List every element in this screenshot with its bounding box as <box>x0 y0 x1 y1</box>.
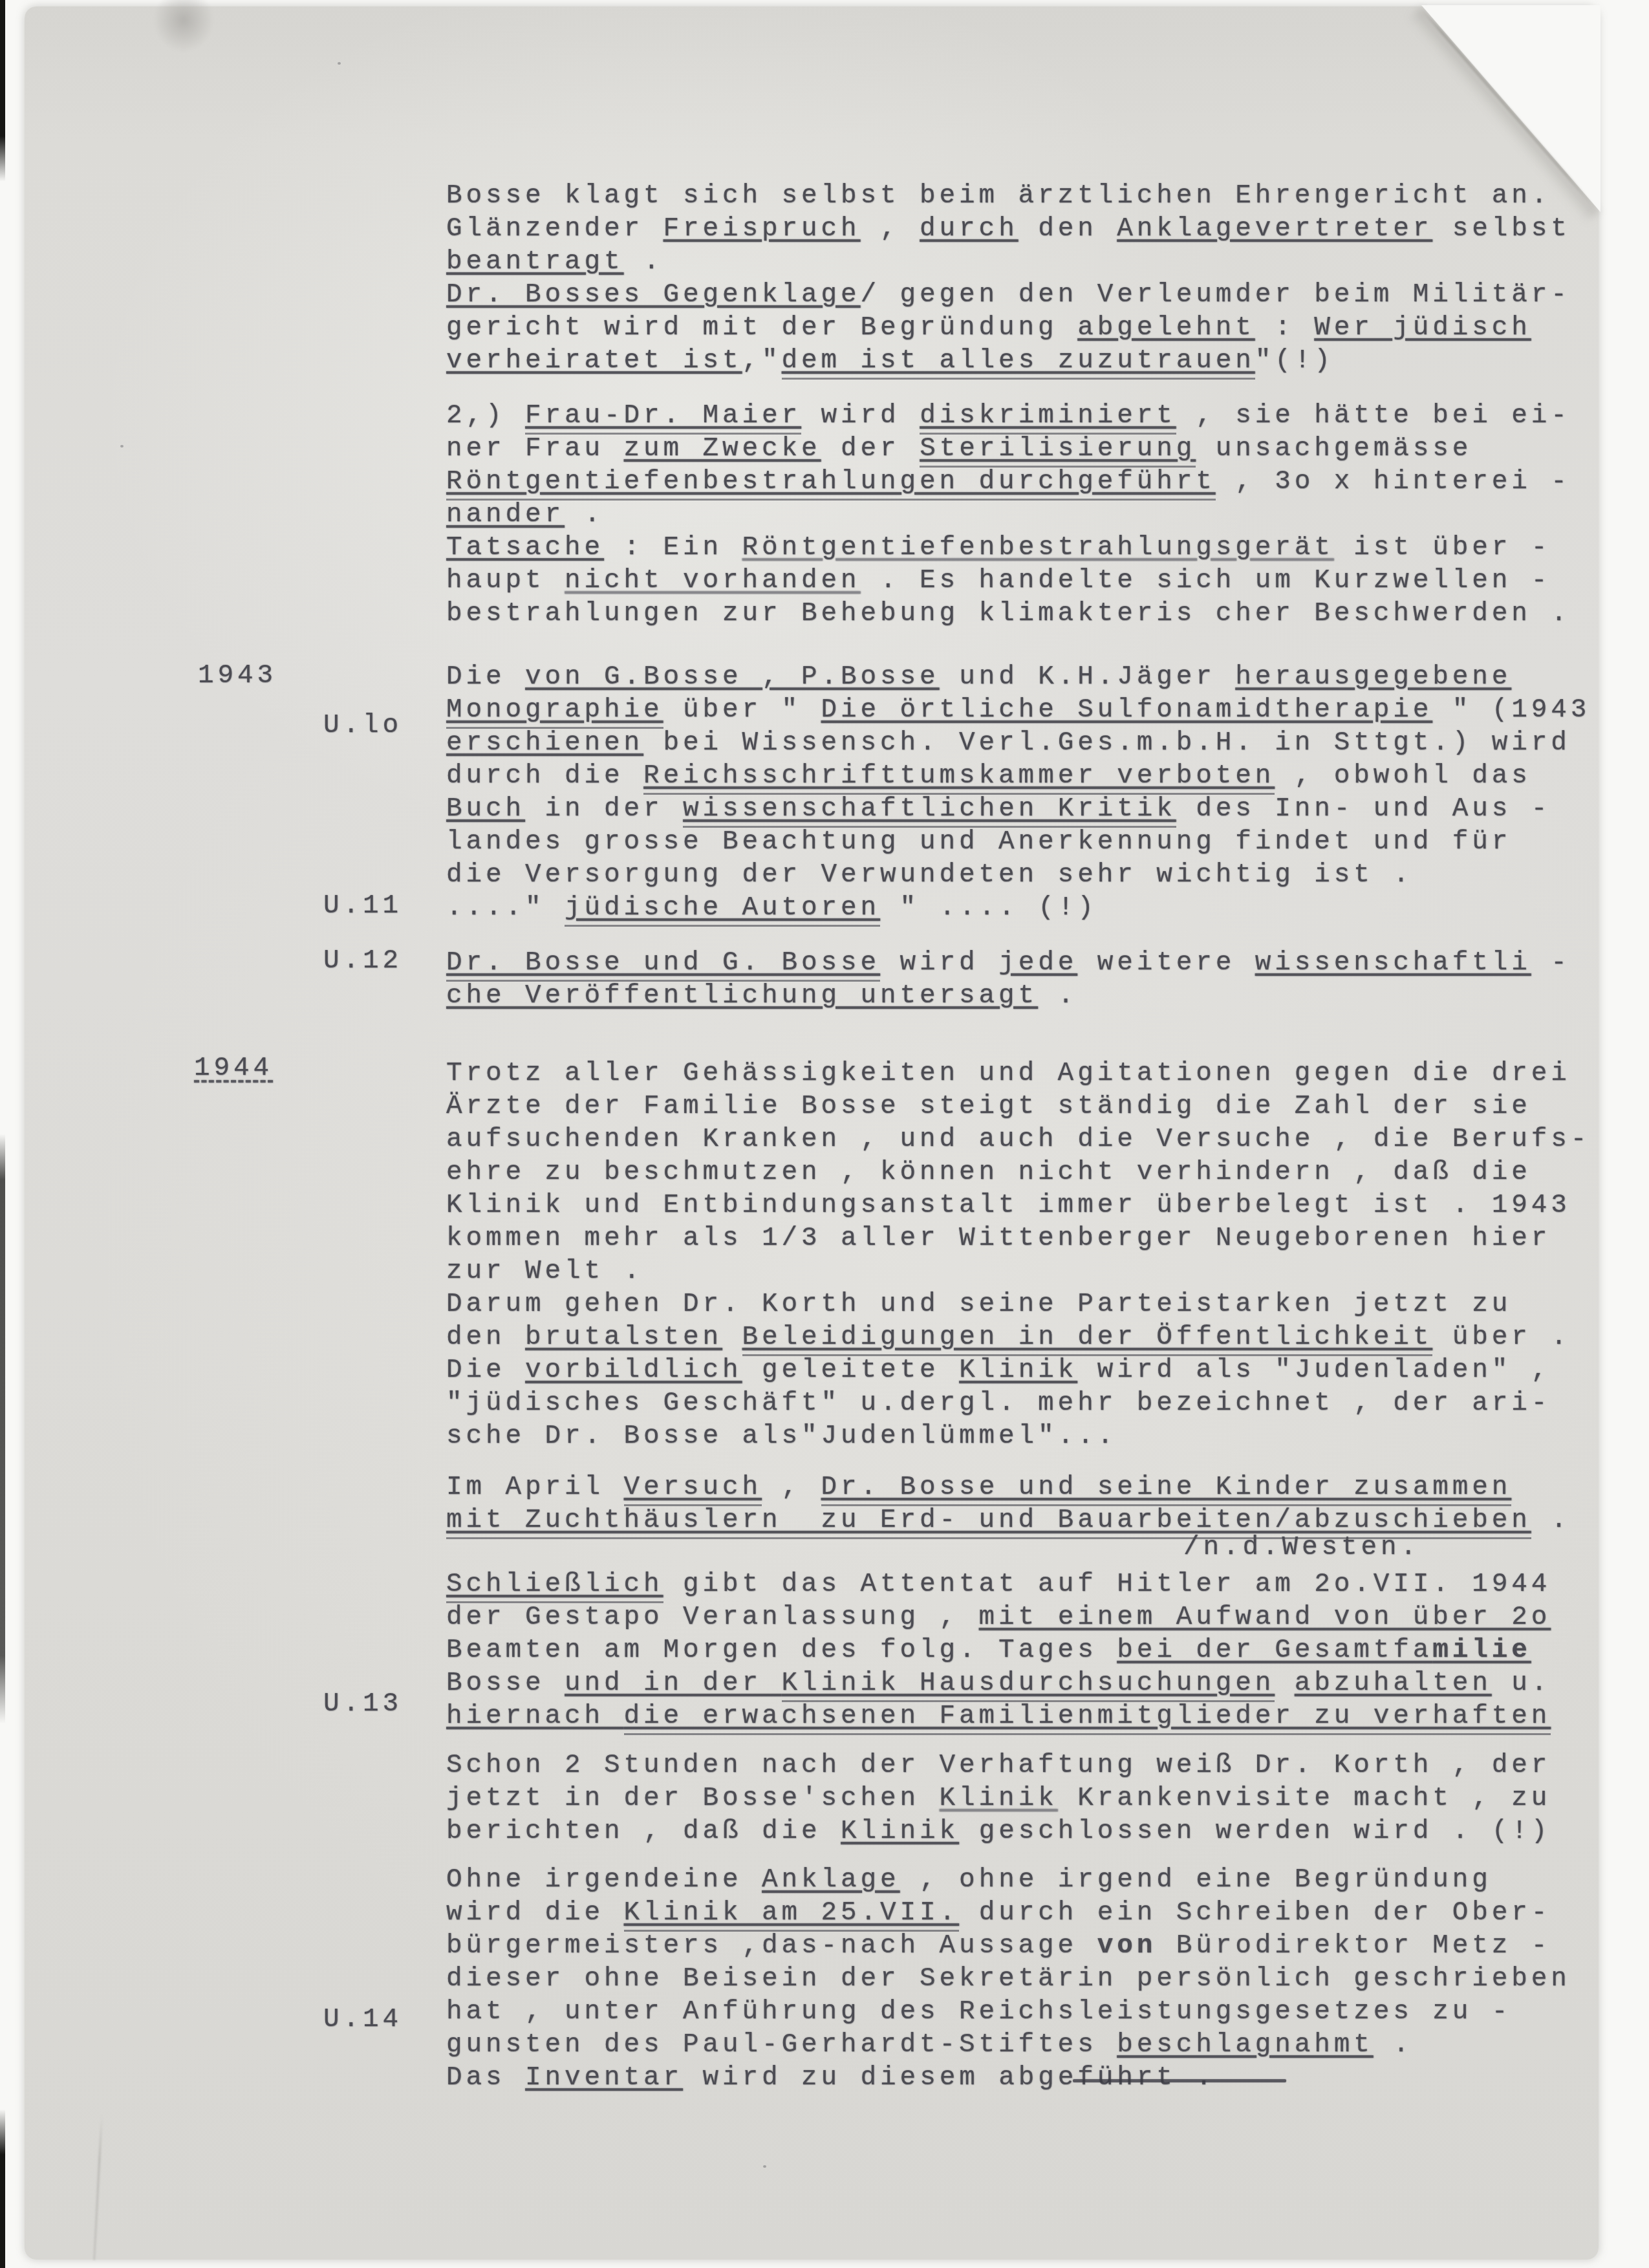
text-line: sche Dr. Bosse als"Judenlümmel"... <box>446 1420 1590 1453</box>
text-segment: ehre zu beschmutzen , können nicht verhi… <box>446 1158 1531 1187</box>
text-segment: Sterilisierung <box>920 434 1196 468</box>
text-segment: des Inn- und Aus - <box>1176 794 1551 824</box>
text-segment: Reichsschrifttumskammer verboten <box>643 761 1275 795</box>
text-line: dieser ohne Beisein der Sekretärin persö… <box>446 1963 1571 1996</box>
text-segment: , 3o x hinterei - <box>1216 467 1571 497</box>
text-segment: - <box>1531 948 1571 978</box>
text-segment: abgelehnt <box>1077 313 1255 343</box>
text-line: "jüdisches Geschäft" u.dergl. mehr bezei… <box>446 1387 1590 1420</box>
text-segment: Inventar <box>525 2063 683 2093</box>
text-segment: Klinik <box>940 1784 1058 1813</box>
text-segment: ...." <box>446 893 565 923</box>
para-beschlagnahme: Ohne irgendeine Anklage , ohne irgend ei… <box>446 1864 1571 2095</box>
text-segment: milie <box>1432 1636 1531 1665</box>
text-segment: durch die <box>446 761 643 791</box>
text-segment: zum Zwecke <box>624 434 821 464</box>
text-segment: zur Welt . <box>446 1257 643 1286</box>
text-segment: geschlossen werden wird . (!) <box>959 1817 1551 1846</box>
para-korth-bericht: Schon 2 Stunden nach der Verhaftung weiß… <box>446 1749 1551 1848</box>
text-segment: Bosse <box>446 1669 565 1698</box>
margin-label-u12: U.12 <box>323 945 402 978</box>
text-segment: Schon 2 Stunden nach der Verhaftung weiß… <box>446 1751 1551 1780</box>
text-segment: den <box>446 1323 525 1352</box>
text-line: haupt nicht vorhanden . Es handelte sich… <box>446 565 1571 598</box>
text-line: Bosse und in der Klinik Hausdurchsuchung… <box>446 1667 1551 1700</box>
text-segment: Trotz aller Gehässigkeiten und Agitation… <box>446 1059 1571 1088</box>
text-segment: , ohne irgend eine Begründung <box>900 1865 1492 1895</box>
text-segment: der <box>821 434 920 464</box>
text-segment: kommen mehr als 1/3 aller Wittenberger N… <box>446 1224 1551 1253</box>
note-nd-westen: /n.d.Westen. <box>1183 1531 1420 1564</box>
text-line: Bosse klagt sich selbst beim ärztlichen … <box>446 180 1571 213</box>
text-segment: Bürodirektor Metz - <box>1156 1931 1551 1961</box>
text-segment: Versuch <box>624 1473 762 1506</box>
text-segment: . <box>1038 981 1077 1011</box>
text-line: kommen mehr als 1/3 aller Wittenberger N… <box>446 1222 1590 1255</box>
text-line: berichten , daß die Klinik geschlossen w… <box>446 1815 1551 1848</box>
text-line: ehre zu beschmutzen , können nicht verhi… <box>446 1156 1590 1189</box>
text-line: gericht wird mit der Begründung abgelehn… <box>446 312 1571 345</box>
text-segment: " (1943 <box>1432 695 1590 725</box>
text-segment: jetzt in der Bosse'schen <box>446 1784 940 1813</box>
text-segment: u. <box>1492 1669 1551 1698</box>
text-segment: nicht vorhanden <box>565 566 861 596</box>
text-segment: bestrahlungen zur Behebung klimakteris c… <box>446 599 1571 629</box>
text-line: ...." jüdische Autoren " .... (!) <box>446 892 1590 925</box>
para-gestapo: Schließlich gibt das Attentat auf Hitler… <box>446 1568 1551 1733</box>
text-segment: landes grosse Beachtung und Anerkennung … <box>446 827 1511 857</box>
text-segment: : Ein <box>604 533 742 563</box>
text-segment: Klinik <box>841 1817 959 1846</box>
text-segment: . Es handelte sich um Kurzwellen - <box>861 566 1551 596</box>
text-segment: Ärzte der Familie Bosse steigt ständig d… <box>446 1092 1531 1121</box>
text-line: erschienen bei Wissensch. Verl.Ges.m.b.H… <box>446 727 1590 760</box>
para-april-versuch: Im April Versuch , Dr. Bosse und seine K… <box>446 1471 1571 1537</box>
text-segment: / gegen den Verleumder beim Militär- <box>861 280 1571 310</box>
para-1943-monographie: Die von G.Bosse , P.Bosse und K.H.Jäger … <box>446 661 1590 925</box>
text-line: Röntgentiefenbestrahlungen durchgeführt … <box>446 466 1571 499</box>
text-segment: und in der <box>565 1669 782 1698</box>
text-segment: wird als "Judenladen" , <box>1077 1355 1551 1385</box>
text-segment: der Gestapo Veranlassung , <box>446 1603 979 1632</box>
text-line: beantragt . <box>446 246 1571 279</box>
text-segment: berichten , daß die <box>446 1817 841 1846</box>
text-segment: wird <box>801 401 920 431</box>
text-segment: bei Wissensch. Verl.Ges.m.b.H. in Sttgt.… <box>643 728 1571 758</box>
text-segment: , obwohl das <box>1275 761 1531 791</box>
text-segment: Röntgentiefenbestrahlungen durchgeführt <box>446 467 1216 501</box>
text-line: Die von G.Bosse , P.Bosse und K.H.Jäger … <box>446 661 1590 694</box>
text-segment: Darum gehen Dr. Korth und seine Parteist… <box>446 1290 1511 1319</box>
text-segment: Beamten am Morgen des folg. Tages <box>446 1636 1117 1665</box>
text-segment: " .... (!) <box>880 893 1097 923</box>
text-segment: Buch <box>446 794 525 824</box>
text-segment: wird zu diesem <box>683 2063 998 2093</box>
margin-label-u13: U.13 <box>323 1688 402 1721</box>
text-segment: über . <box>1432 1323 1571 1352</box>
para-ehrengericht: Bosse klagt sich selbst beim ärztlichen … <box>446 180 1571 378</box>
text-segment: Die örtliche Sulfonamidtherapie <box>821 695 1433 725</box>
text-segment: che Veröffentlichung untersagt <box>446 981 1038 1011</box>
text-line: Im April Versuch , Dr. Bosse und seine K… <box>446 1471 1571 1504</box>
text-segment: , sie hätte bei ei- <box>1176 401 1571 431</box>
text-line: jetzt in der Bosse'schen Klinik Krankenv… <box>446 1782 1551 1815</box>
text-segment: Frau-Dr. Maier <box>525 401 801 435</box>
text-line: hiernach die erwachsenen Familienmitglie… <box>446 1700 1551 1733</box>
text-segment: verheiratet ist <box>446 346 742 376</box>
text-line: bestrahlungen zur Behebung klimakteris c… <box>446 598 1571 631</box>
text-line: Darum gehen Dr. Korth und seine Parteist… <box>446 1288 1590 1321</box>
para-u12-verbot: Dr. Bosse und G. Bosse wird jede weitere… <box>446 947 1571 1013</box>
text-segment: Anklagevertreter <box>1117 214 1432 244</box>
text-segment: : <box>1255 313 1315 343</box>
text-segment: Krankenvisite macht , zu <box>1058 1784 1551 1813</box>
text-line: Schon 2 Stunden nach der Verhaftung weiß… <box>446 1749 1551 1782</box>
text-segment: Klinik und Entbindungsanstalt immer über… <box>446 1191 1571 1220</box>
text-segment: Schließlich <box>446 1570 663 1603</box>
text-line: Glänzender Freispruch , durch den Anklag… <box>446 213 1571 246</box>
text-segment: geleitete <box>742 1355 960 1385</box>
text-segment: abgeführt <box>998 2063 1176 2093</box>
text-segment: bürgermeisters ,das-nach Aussage <box>446 1931 1097 1961</box>
text-segment: . <box>565 500 604 530</box>
text-segment: Tatsache <box>446 533 604 563</box>
text-segment: hiernach <box>446 1701 624 1731</box>
text-segment: gibt das Attentat auf Hitler am 2o.VII. … <box>663 1570 1551 1599</box>
text-line: durch die Reichsschrifttumskammer verbot… <box>446 760 1590 793</box>
text-segment: abzuhalten <box>1295 1669 1492 1698</box>
text-line: Klinik und Entbindungsanstalt immer über… <box>446 1189 1590 1222</box>
text-segment: Ohne irgendeine <box>446 1865 762 1895</box>
text-segment: . <box>624 247 663 277</box>
text-segment: . <box>1374 2030 1413 2060</box>
text-segment: Dr. Bosse und seine Kinder zusammen <box>821 1473 1512 1506</box>
text-segment: wissenschaftlichen Kritik <box>683 794 1176 828</box>
text-segment: , <box>861 214 920 244</box>
text-segment: durch <box>920 214 1018 244</box>
document-page: 1943U.loU.11U.121944U.13U.14Bosse klagt … <box>0 0 1649 2268</box>
text-segment: hat , unter Anführung des Reichsleistung… <box>446 1997 1511 2027</box>
text-segment: jüdische Autoren <box>565 893 880 927</box>
text-line: nander . <box>446 499 1571 532</box>
margin-label-u14: U.14 <box>323 2003 402 2036</box>
text-segment: nander <box>446 500 565 530</box>
margin-label-u11: U.11 <box>323 890 402 923</box>
text-line: hat , unter Anführung des Reichsleistung… <box>446 1996 1571 2029</box>
text-line: wird die Klinik am 25.VII. durch ein Sch… <box>446 1897 1571 1930</box>
text-segment: bei der Gesamtfa <box>1117 1636 1432 1665</box>
text-line: 2,) Frau-Dr. Maier wird diskriminiert , … <box>446 400 1571 433</box>
text-line: landes grosse Beachtung und Anerkennung … <box>446 826 1590 859</box>
text-segment: wird <box>880 948 998 978</box>
text-line: bürgermeisters ,das-nach Aussage von Bür… <box>446 1930 1571 1963</box>
text-segment: Bosse klagt sich selbst beim ärztlichen … <box>446 181 1551 211</box>
text-segment: Die <box>446 662 525 692</box>
text-segment: Monographie <box>446 695 663 729</box>
text-segment: selbst <box>1432 214 1571 244</box>
text-segment: Klinik Hausdurchsuchungen <box>782 1669 1275 1702</box>
text-line: Beamten am Morgen des folg. Tages bei de… <box>446 1634 1551 1667</box>
text-segment <box>1275 1669 1295 1698</box>
typewritten-text-layer: 1943U.loU.11U.121944U.13U.14Bosse klagt … <box>0 0 1649 2268</box>
text-segment: Die <box>446 1355 525 1385</box>
text-segment: diskriminiert <box>920 401 1176 435</box>
text-line: ner Frau zum Zwecke der Sterilisierung u… <box>446 433 1571 466</box>
margin-label-year-1944: 1944 <box>194 1052 273 1085</box>
text-segment: . <box>1176 2063 1216 2093</box>
text-segment: Das <box>446 2063 525 2093</box>
text-segment: Freispruch <box>663 214 861 244</box>
text-segment: von G.Bosse , P.Bosse <box>525 662 940 692</box>
text-segment: . <box>1531 1506 1571 1535</box>
text-segment: Anklage <box>762 1865 900 1895</box>
margin-label-year-1943: 1943 <box>198 660 277 693</box>
text-segment: jede <box>998 948 1077 978</box>
text-segment: haupt <box>446 566 565 596</box>
text-segment: , <box>762 1473 821 1502</box>
text-line: Ärzte der Familie Bosse steigt ständig d… <box>446 1090 1590 1123</box>
text-segment: ist über - <box>1334 533 1551 563</box>
text-segment: unsachgemässe <box>1196 434 1472 464</box>
text-segment: Dr. Bosse und G. Bosse <box>446 948 880 982</box>
text-segment: wird die <box>446 1898 624 1928</box>
text-segment: über " <box>663 695 821 725</box>
text-segment: vorbildlich <box>525 1355 742 1385</box>
text-segment: weitere <box>1077 948 1255 978</box>
text-segment: durch ein Schreiben der Ober- <box>959 1898 1551 1928</box>
text-line: aufsuchenden Kranken , und auch die Vers… <box>446 1123 1590 1156</box>
text-line: Dr. Bosse und G. Bosse wird jede weitere… <box>446 947 1571 980</box>
text-segment: aufsuchenden Kranken , und auch die Vers… <box>446 1125 1590 1154</box>
text-line: Tatsache : Ein Röntgentiefenbestrahlungs… <box>446 532 1571 565</box>
text-segment: die Versorgung der Verwundeten sehr wich… <box>446 860 1413 890</box>
text-line: Buch in der wissenschaftlichen Kritik de… <box>446 793 1590 826</box>
margin-label-u10: U.lo <box>323 709 402 742</box>
text-segment: gericht wird mit der Begründung <box>446 313 1077 343</box>
text-segment: /n.d.Westen. <box>1183 1533 1420 1562</box>
text-segment: wissenschaftli <box>1255 948 1531 978</box>
text-line: den brutalsten Beleidigungen in der Öffe… <box>446 1321 1590 1354</box>
text-segment: 2,) <box>446 401 525 431</box>
text-segment: in der <box>525 794 683 824</box>
text-line: Die vorbildlich geleitete Klinik wird al… <box>446 1354 1590 1387</box>
text-segment: Im April <box>446 1473 624 1502</box>
text-line: Dr. Bosses Gegenklage/ gegen den Verleum… <box>446 279 1571 312</box>
text-segment: die erwachsenen Familienmitglieder zu ve… <box>624 1701 1551 1735</box>
text-line: zur Welt . <box>446 1255 1590 1288</box>
text-segment: dem ist alles zuzutrauen <box>782 346 1255 380</box>
text-line: gunsten des Paul-Gerhardt-Stiftes beschl… <box>446 2029 1571 2062</box>
text-segment: den <box>1018 214 1117 244</box>
text-line: Trotz aller Gehässigkeiten und Agitation… <box>446 1057 1590 1090</box>
text-segment: von <box>1097 1931 1157 1961</box>
text-segment: "jüdisches Geschäft" u.dergl. mehr bezei… <box>446 1388 1551 1418</box>
text-segment <box>722 1323 742 1352</box>
text-segment: Klinik am 25.VII. <box>624 1898 960 1932</box>
text-segment: erschienen <box>446 728 643 758</box>
text-segment: Dr. Bosses Gegenklage <box>446 280 861 310</box>
text-line: der Gestapo Veranlassung , mit einem Auf… <box>446 1601 1551 1634</box>
text-segment: beantragt <box>446 247 624 277</box>
text-line: Schließlich gibt das Attentat auf Hitler… <box>446 1568 1551 1601</box>
text-segment: Wer jüdisch <box>1314 313 1531 343</box>
para-frau-dr-maier: 2,) Frau-Dr. Maier wird diskriminiert , … <box>446 400 1571 631</box>
text-segment: Beleidigungen in der Öffentlichkeit <box>742 1323 1433 1356</box>
text-line: verheiratet ist,"dem ist alles zuzutraue… <box>446 345 1571 378</box>
text-segment: "(!) <box>1255 346 1334 376</box>
text-line: Ohne irgendeine Anklage , ohne irgend ei… <box>446 1864 1571 1897</box>
text-line: die Versorgung der Verwundeten sehr wich… <box>446 859 1590 892</box>
text-segment: Glänzender <box>446 214 663 244</box>
text-segment: brutalsten <box>525 1323 722 1352</box>
text-segment: gunsten des Paul-Gerhardt-Stiftes <box>446 2030 1117 2060</box>
text-segment: dieser ohne Beisein der Sekretärin persö… <box>446 1964 1571 1994</box>
text-line: che Veröffentlichung untersagt . <box>446 980 1571 1013</box>
text-segment: Röntgentiefenbestrahlungsgerät <box>742 533 1334 563</box>
text-segment: mit einem Aufwand von über 2o <box>979 1603 1551 1632</box>
text-segment: Klinik <box>959 1355 1077 1385</box>
text-segment: herausgegebene <box>1235 662 1511 692</box>
text-segment: sche Dr. Bosse als"Judenlümmel"... <box>446 1421 1117 1451</box>
text-line: Das Inventar wird zu diesem abgeführt . <box>446 2062 1571 2095</box>
text-segment: ," <box>742 346 782 376</box>
text-line: Monographie über " Die örtliche Sulfonam… <box>446 694 1590 727</box>
para-1944-klinik: Trotz aller Gehässigkeiten und Agitation… <box>446 1057 1590 1453</box>
text-segment: ner Frau <box>446 434 624 464</box>
text-line: /n.d.Westen. <box>1183 1531 1420 1564</box>
text-segment: beschlagnahmt <box>1117 2030 1374 2060</box>
text-segment: und K.H.Jäger <box>940 662 1236 692</box>
